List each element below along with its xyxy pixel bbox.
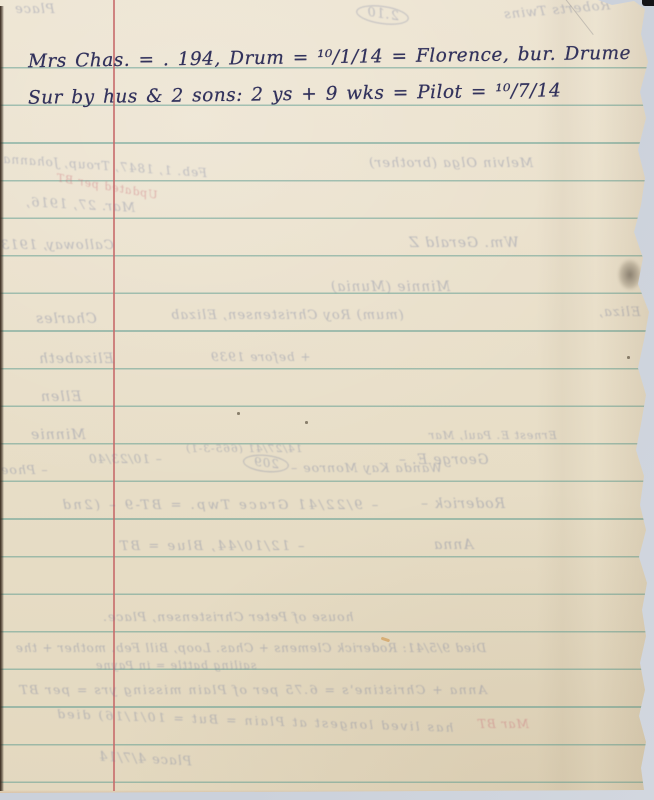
torn-edge-shading [596, 0, 654, 795]
ink-smudge-stain [610, 254, 646, 300]
paper-speck [627, 356, 630, 359]
ink-line: Sur by hus & 2 sons: 2 ys + 9 wks = Pilo… [28, 81, 562, 109]
left-edge-shadow [0, 6, 4, 791]
scanner-edge-artifact [642, 0, 654, 6]
paper-speck [305, 421, 308, 424]
handwriting-ink-layer: Mrs Chas. = . 194, Drum = ¹⁰/1/14 = Flor… [0, 0, 654, 795]
paper-sheet: PlaceRoberts Twins2.10Melvin Olga (broth… [0, 0, 654, 795]
paper-speck [237, 412, 240, 415]
scanned-notebook-page: PlaceRoberts Twins2.10Melvin Olga (broth… [0, 0, 654, 800]
ink-line: Mrs Chas. = . 194, Drum = ¹⁰/1/14 = Flor… [28, 44, 631, 73]
